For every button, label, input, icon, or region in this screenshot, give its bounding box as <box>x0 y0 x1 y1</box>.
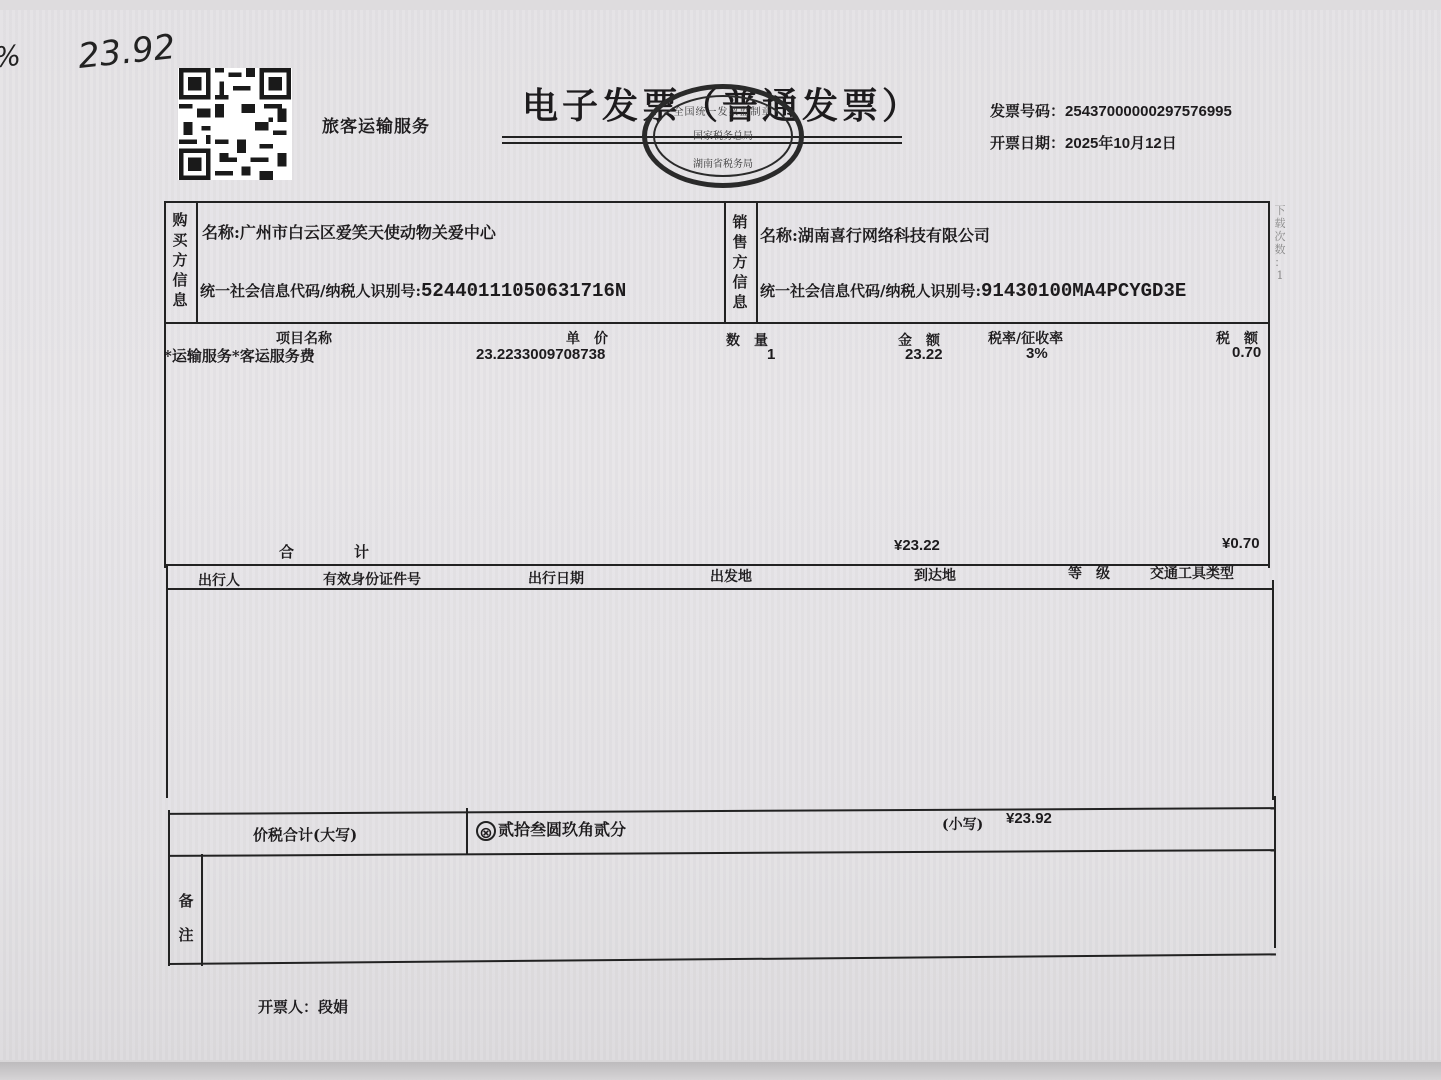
divider <box>196 201 198 324</box>
total-label: 合 计 <box>279 541 369 562</box>
grand-total-words: ⊗贰拾叁圆玖角贰分 <box>476 817 626 841</box>
travel-header-vehicle-type: 交通工具类型 <box>1150 563 1234 583</box>
official-seal-stamp: 全国统一发票监制章 国家税务总局 湖南省税务局 <box>642 84 804 188</box>
issuer-label: 开票人： <box>258 998 318 1016</box>
grand-total-amount: ¥23.92 <box>1006 810 1052 827</box>
item-tax-rate: 3% <box>1026 345 1048 362</box>
item-unit-price: 23.2233009708738 <box>476 346 605 363</box>
buyer-tax-id-value: 52440111050631716N <box>421 280 626 302</box>
header-quantity: 数 量 <box>726 330 768 350</box>
seller-name-value: 湖南喜行网络科技有限公司 <box>798 226 990 245</box>
travel-header-date: 出行日期 <box>528 568 584 588</box>
invoice-number-value: 25437000000297576995 <box>1065 103 1232 120</box>
stamp-text: 国家税务总局 <box>647 127 799 142</box>
item-quantity: 1 <box>767 346 775 363</box>
total-amount: ¥23.22 <box>894 537 940 554</box>
issue-date-value: 2025年10月12日 <box>1065 135 1177 152</box>
travel-header-class: 等 级 <box>1068 563 1110 583</box>
grand-total-label: 价税合计(大写) <box>253 824 357 845</box>
travel-header-id: 有效身份证件号 <box>323 569 421 589</box>
service-type: 旅客运输服务 <box>322 112 430 137</box>
invoice-number: 发票号码：25437000000297576995 <box>990 100 1232 121</box>
divider <box>1268 322 1270 568</box>
divider <box>724 201 726 324</box>
seller-section-label: 销售方信息 <box>730 212 750 312</box>
issuer: 开票人：段娟 <box>258 996 348 1017</box>
paper-edge <box>0 1062 1441 1080</box>
item-tax: 0.70 <box>1232 344 1261 361</box>
issuer-name: 段娟 <box>318 998 348 1016</box>
issue-date-label: 开票日期： <box>990 134 1065 152</box>
seller-tax-id-value: 91430100MA4PCYGD3E <box>981 280 1186 302</box>
item-name: *运输服务*客运服务费 <box>164 345 315 366</box>
seller-tax-id-label: 统一社会信息代码/纳税人识别号: <box>760 282 981 300</box>
amount-in-words: 贰拾叁圆玖角贰分 <box>498 820 626 839</box>
invoice-number-label: 发票号码： <box>990 102 1065 120</box>
seller-tax-id: 统一社会信息代码/纳税人识别号:91430100MA4PCYGD3E <box>760 280 1186 302</box>
cross-circle-icon: ⊗ <box>476 821 496 841</box>
seller-name-label: 名称: <box>760 226 798 245</box>
travel-header-destination: 到达地 <box>914 565 956 585</box>
item-amount: 23.22 <box>905 346 943 363</box>
divider <box>1272 580 1274 800</box>
divider <box>1274 796 1276 948</box>
divider <box>756 201 758 324</box>
buyer-section-label: 购买方信息 <box>170 210 190 310</box>
divider <box>466 808 468 854</box>
remarks-label: 备注 <box>176 884 196 952</box>
header-unit-price: 单 价 <box>566 328 608 348</box>
buyer-tax-id: 统一社会信息代码/纳税人识别号:52440111050631716N <box>200 280 626 302</box>
total-tax: ¥0.70 <box>1222 535 1260 552</box>
stamp-text: 湖南省税务局 <box>647 155 799 170</box>
buyer-name-value: 广州市白云区爱笑天使动物关爱中心 <box>240 223 496 242</box>
divider <box>201 854 203 966</box>
buyer-name-label: 名称: <box>202 223 240 242</box>
travel-header-departure: 出发地 <box>710 566 752 586</box>
qr-code-icon <box>178 68 292 180</box>
buyer-name: 名称:广州市白云区爱笑天使动物关爱中心 <box>202 220 496 243</box>
small-amount-label: (小写) <box>942 814 983 834</box>
travel-header-traveler: 出行人 <box>198 570 240 590</box>
handwritten-fraction: % <box>0 39 22 75</box>
seller-name: 名称:湖南喜行网络科技有限公司 <box>760 223 990 246</box>
divider <box>166 564 168 798</box>
buyer-tax-id-label: 统一社会信息代码/纳税人识别号: <box>200 282 421 300</box>
download-count-note: 下载次数：1 <box>1272 204 1288 282</box>
stamp-text: 全国统一发票监制章 <box>647 103 799 118</box>
issue-date: 开票日期：2025年10月12日 <box>990 132 1177 153</box>
divider <box>168 810 170 966</box>
